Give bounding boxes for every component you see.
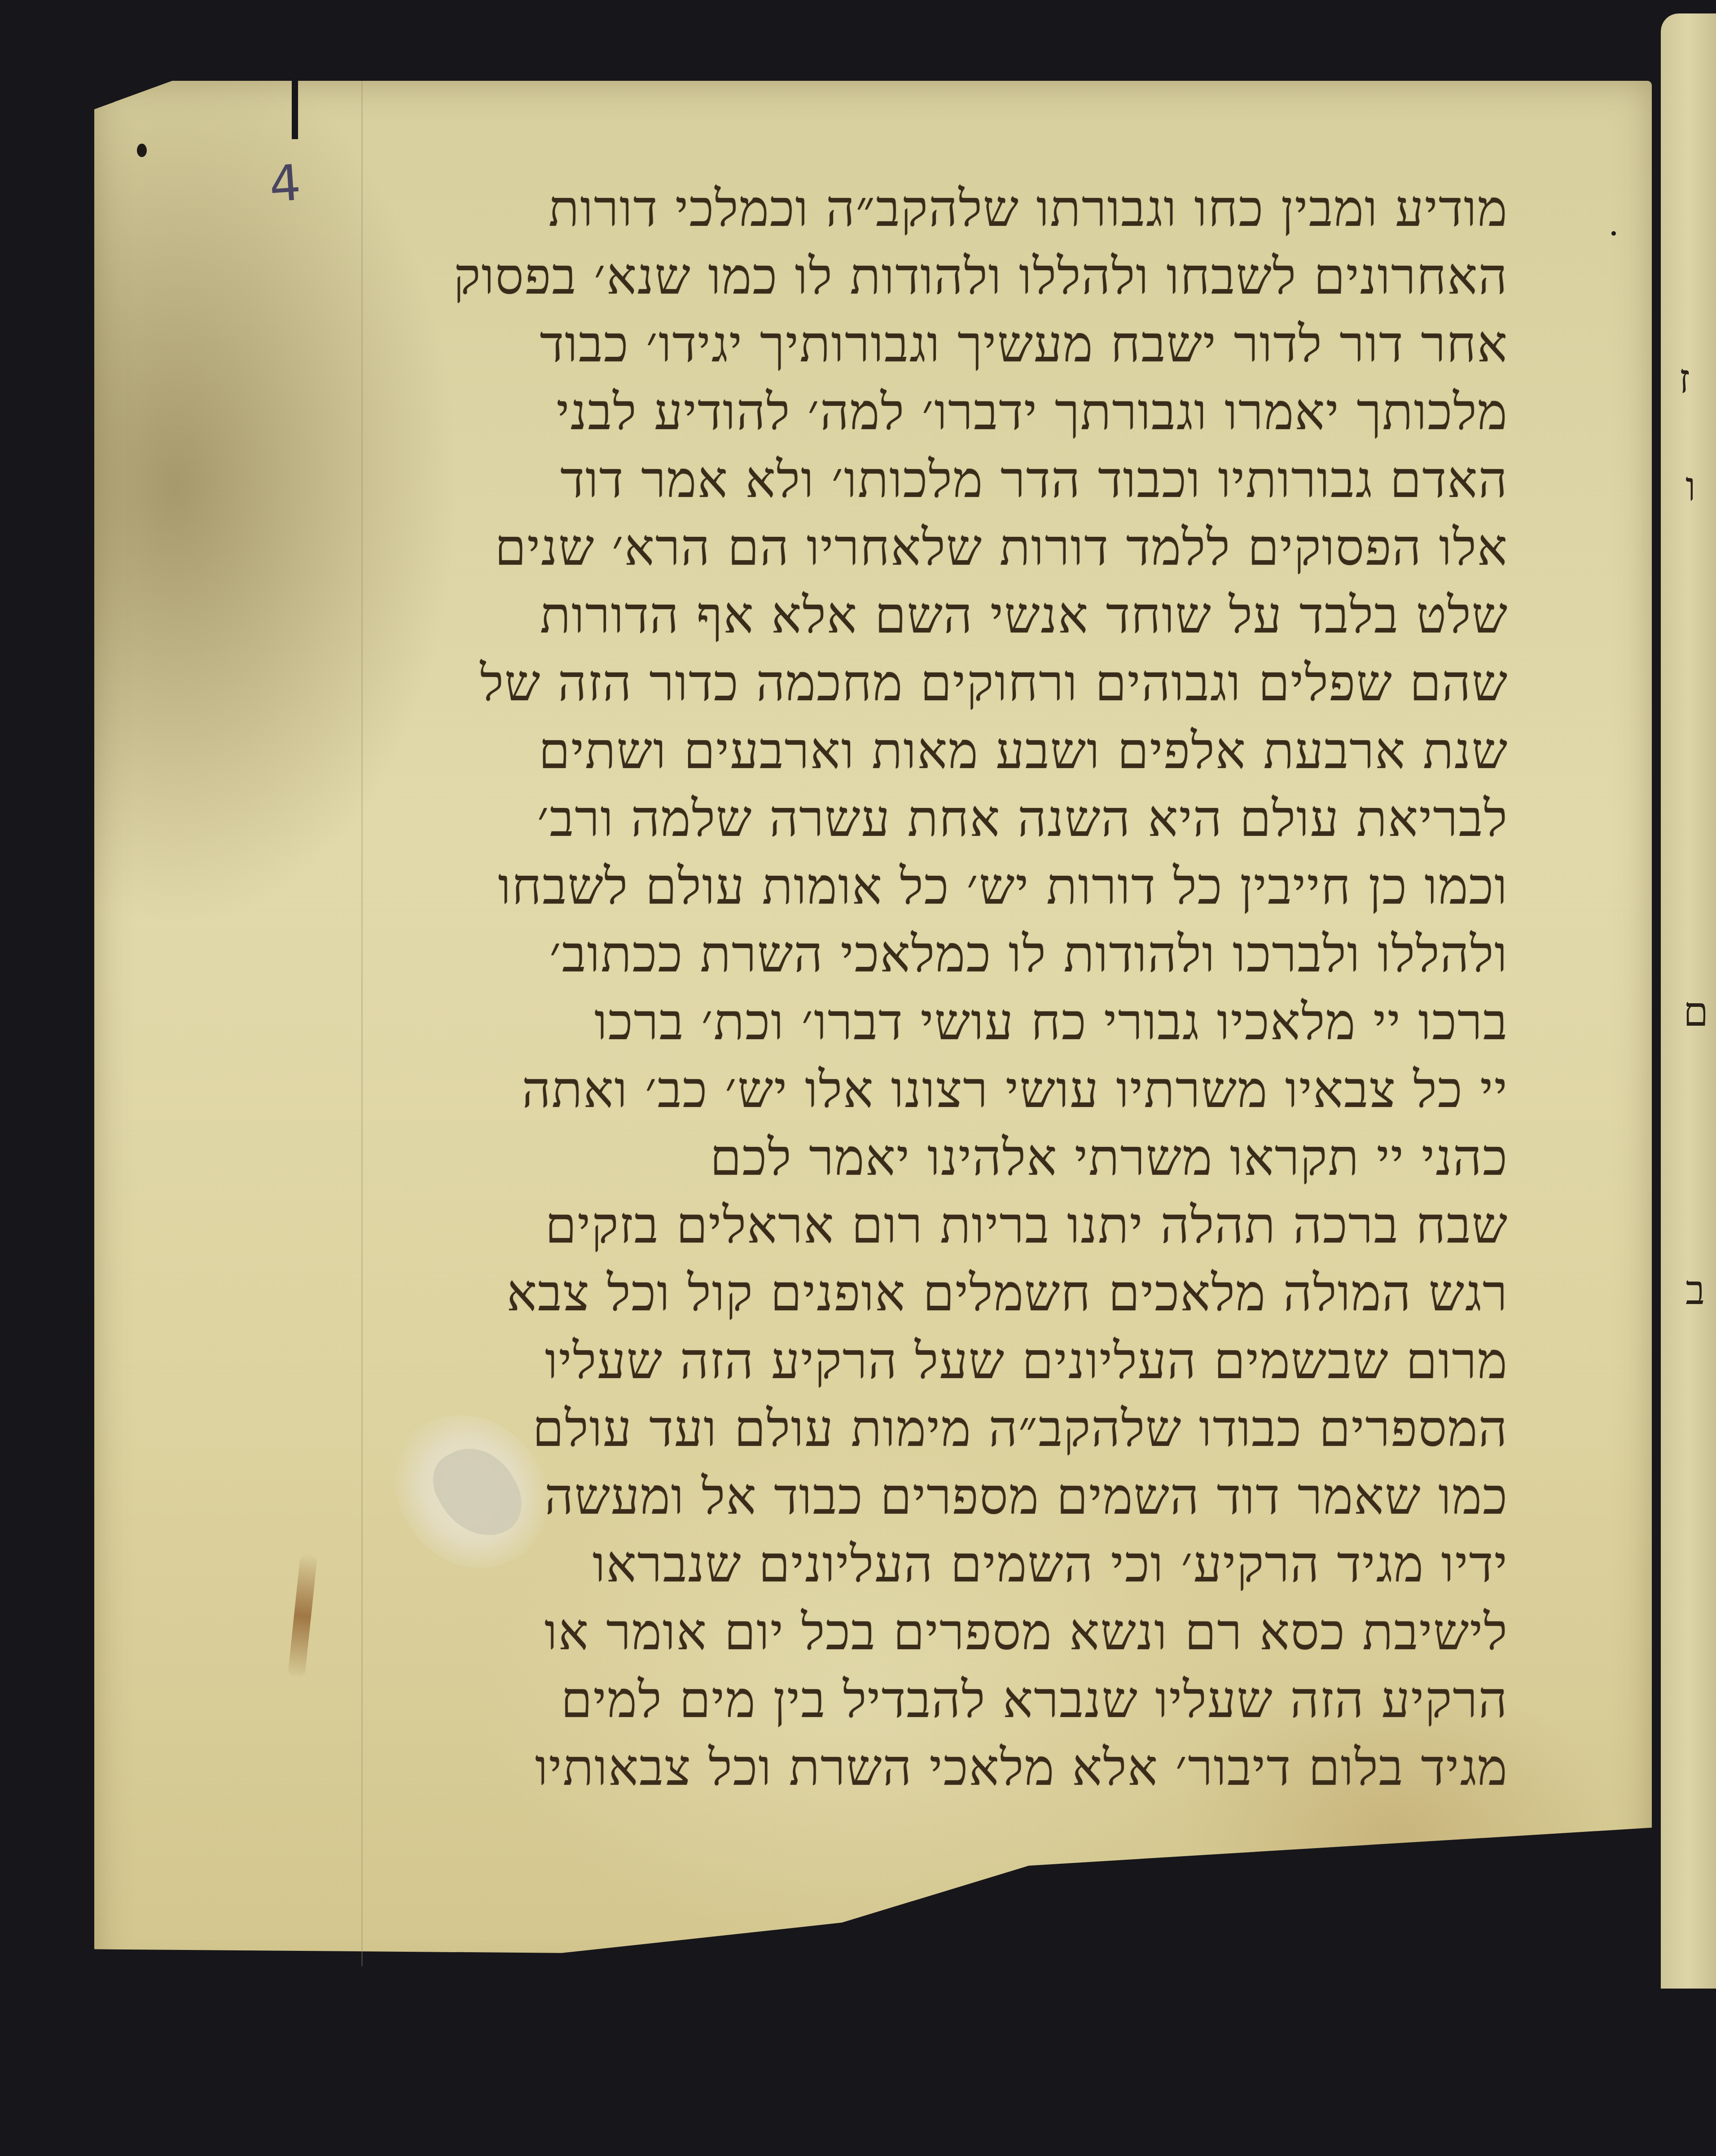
text-line: מרום שבשמים העליונים שעל הרקיע הזה שעליו <box>287 1327 1508 1395</box>
text-line: מגיד בלום דיבור׳ אלא מלאכי השרת וכל צבאו… <box>287 1734 1508 1802</box>
text-line: ולהללו ולברכו ולהודות לו כמלאכי השרת ככת… <box>287 921 1508 988</box>
adjacent-leaf-mark: ם <box>1683 992 1708 1032</box>
text-line: יי כל צבאיו משרתיו עושי רצונו אלו יש׳ כב… <box>287 1056 1508 1124</box>
text-line: האדם גבורותיו וכבוד הדר מלכותו׳ ולא אמר … <box>287 446 1508 514</box>
adjacent-leaf-mark: ב <box>1685 1270 1705 1311</box>
text-line: וכמו כן חייבין כל דורות יש׳ כל אומות עול… <box>287 853 1508 921</box>
text-line: כהני יי תקראו משרתי אלהינו יאמר לכם <box>287 1124 1508 1192</box>
text-line: האחרונים לשבחו ולהללו ולהודות לו כמו שנא… <box>287 243 1508 311</box>
text-line: אחר דור לדור ישבח מעשיך וגבורותיך יגידו׳… <box>287 311 1508 378</box>
text-line: לבריאת עולם היא השנה אחת עשרה שלמה ורב׳ <box>287 785 1508 853</box>
text-line: מלכותך יאמרו וגבורתך ידברו׳ למה׳ להודיע … <box>287 378 1508 446</box>
text-line: שנת ארבעת אלפים ושבע מאות וארבעים ושתים <box>287 717 1508 785</box>
text-line: מודיע ומבין כחו וגבורתו שלהקב״ה וכמלכי ד… <box>287 175 1508 243</box>
text-line: רגש המולה מלאכים חשמלים אופנים קול וכל צ… <box>287 1260 1508 1327</box>
worm-hole <box>1611 231 1616 236</box>
text-line: אלו הפסוקים ללמד דורות שלאחריו הם הרא׳ ש… <box>287 514 1508 582</box>
edge-tear <box>292 81 298 139</box>
text-line: שהם שפלים וגבוהים ורחוקים מחכמה כדור הזה… <box>287 650 1508 717</box>
worm-hole <box>137 144 147 157</box>
adjacent-leaf-mark: ז <box>1679 359 1690 400</box>
adjacent-leaf-mark: ו <box>1685 467 1696 507</box>
text-line: שבח ברכה תהלה יתנו בריות רום אראלים בזקי… <box>287 1192 1508 1260</box>
text-line: שלט בלבד על שוחד אנשי השם אלא אף הדורות <box>287 582 1508 650</box>
text-line: ברכו יי מלאכיו גבורי כח עושי דברו׳ וכת׳ … <box>287 988 1508 1056</box>
text-line: לישיבת כסא רם ונשא מספרים בכל יום אומר א… <box>287 1598 1508 1666</box>
text-line: הרקיע הזה שעליו שנברא להבדיל בין מים למי… <box>287 1666 1508 1734</box>
adjacent-leaf-edge: ז ו ם ב <box>1661 13 1716 1989</box>
